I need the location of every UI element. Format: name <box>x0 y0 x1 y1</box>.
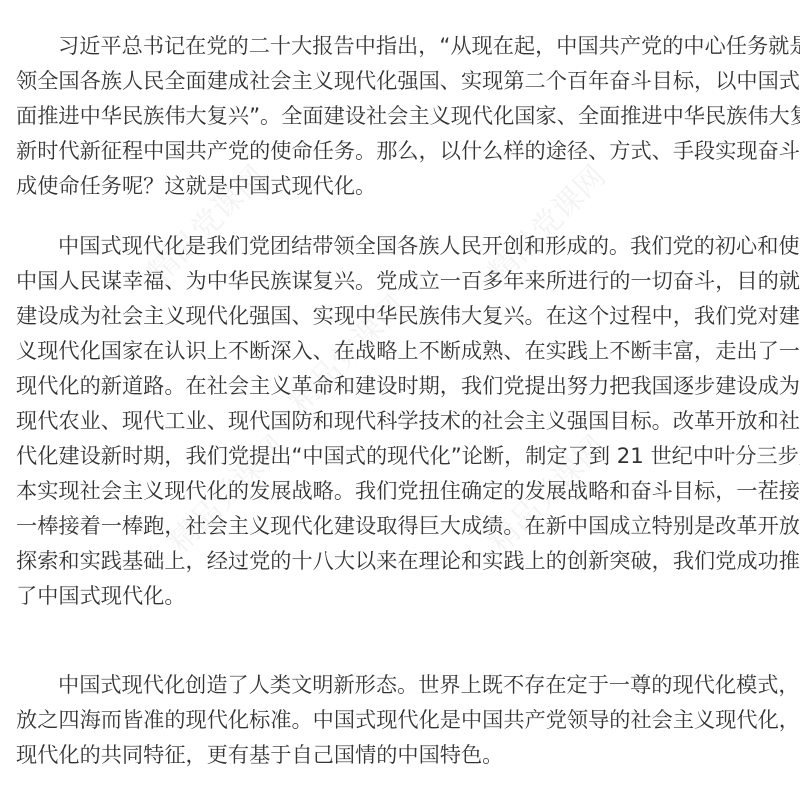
paragraph-line: 领全国各族人民全面建成社会主义现代化强国、实现第二个百年奋斗目标，以中国式现代化… <box>16 63 776 98</box>
paragraph-line: 了中国式现代化。 <box>16 578 776 613</box>
paragraph-line: 义现代化国家在认识上不断深入、在战略上不断成熟、在实践上不断丰富，走出了一条中国… <box>16 333 776 368</box>
paragraph-line: 面推进中华民族伟大复兴”。全面建设社会主义现代化国家、全面推进中华民族伟大复兴，… <box>16 98 776 133</box>
paragraph-line: 习近平总书记在党的二十大报告中指出，“从现在起，中国共产党的中心任务就是团结带 <box>58 28 776 63</box>
article-body: 精品党课网 精品党课网 精品党课网 精品党课网 精品党课网 习近平总书记在党的二… <box>0 0 800 800</box>
paragraph-line: 探索和实践基础上，经过党的十八大以来在理论和实践上的创新突破，我们党成功推进和拓… <box>16 543 776 578</box>
paragraph-line: 建设成为社会主义现代化强国、实现中华民族伟大复兴。在这个过程中，我们党对建设社会… <box>16 298 776 333</box>
paragraph-line: 成使命任务呢？这就是中国式现代化。 <box>16 168 776 203</box>
paragraph-line: 现代化的共同特征，更有基于自己国情的中国特色。 <box>16 737 776 772</box>
paragraph-line: 代化建设新时期，我们党提出“中国式的现代化”论断，制定了到 21 世纪中叶分三步… <box>16 438 776 473</box>
paragraph-line: 中国式现代化创造了人类文明新形态。世界上既不存在定于一尊的现代化模式，也不存在 <box>58 667 776 702</box>
paragraph-line: 中国式现代化是我们党团结带领全国各族人民开创和形成的。我们党的初心和使命，是为 <box>58 228 776 263</box>
paragraph-line: 本实现社会主义现代化的发展战略。我们党扭住确定的发展战略和奋斗目标，一茬接着一茬… <box>16 473 776 508</box>
paragraph-line: 放之四海而皆准的现代化标准。中国式现代化是中国共产党领导的社会主义现代化，既有各… <box>16 702 776 737</box>
paragraph-line: 现代化的新道路。在社会主义革命和建设时期，我们党提出努力把我国逐步建设成为一个具… <box>16 368 776 403</box>
paragraph-line: 新时代新征程中国共产党的使命任务。那么，以什么样的途径、方式、手段实现奋斗目标、… <box>16 133 776 168</box>
paragraph-line: 现代农业、现代工业、现代国防和现代科学技术的社会主义强国目标。改革开放和社会主义… <box>16 403 776 438</box>
paragraph-line: 一棒接着一棒跑，社会主义现代化建设取得巨大成绩。在新中国成立特别是改革开放以来长… <box>16 508 776 543</box>
paragraph-line: 中国人民谋幸福、为中华民族谋复兴。党成立一百多年来所进行的一切奋斗，目的就是把我… <box>16 263 776 298</box>
